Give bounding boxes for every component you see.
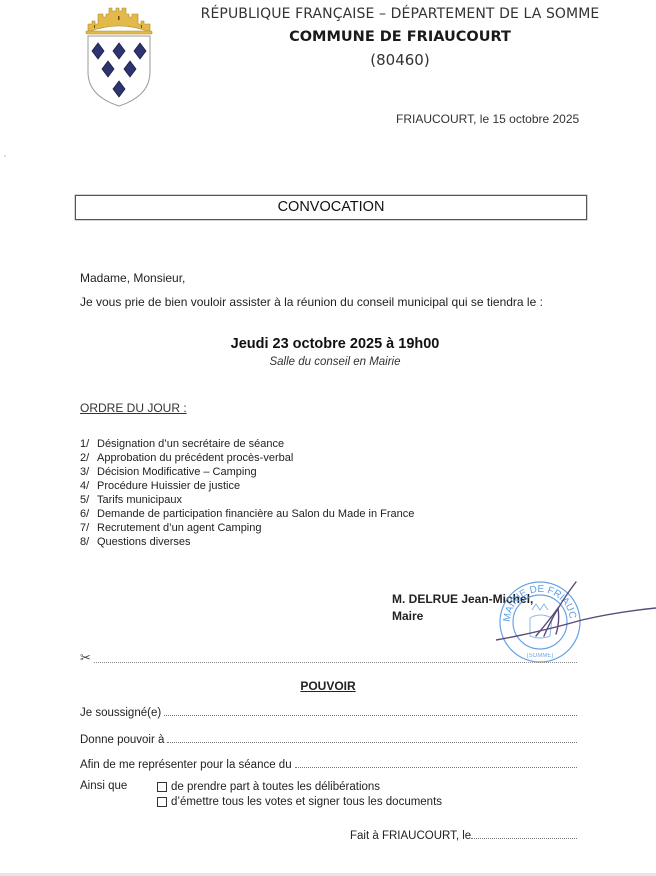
session-date-field: Afin de me représenter pour la séance du (80, 755, 577, 771)
dotted-separator (94, 662, 577, 663)
agenda-title: ORDRE DU JOUR : (80, 401, 187, 415)
agenda-item-label: Approbation du précédent procès-verbal (97, 452, 293, 464)
meeting-date: Jeudi 23 octobre 2025 à 19h00 (200, 336, 470, 352)
agenda-item-number: 2/ (80, 451, 97, 465)
session-date-input[interactable] (295, 767, 577, 768)
document-title: CONVOCATION (75, 195, 587, 220)
ainsi-que-label: Ainsi que (80, 780, 127, 792)
checkbox-votes-documents[interactable] (157, 797, 167, 807)
intro-text: Je vous prie de bien vouloir assister à … (80, 295, 543, 309)
agenda-item: 8/Questions diverses (80, 535, 414, 549)
meeting-place: Salle du conseil en Mairie (200, 356, 470, 368)
postal-code: (80460) (200, 51, 600, 69)
agenda-item-label: Procédure Huissier de justice (97, 480, 240, 492)
agenda-item: 1/Désignation d’un secrétaire de séance (80, 437, 414, 451)
agenda-item-label: Questions diverses (97, 536, 191, 548)
proxy-holder-input[interactable] (167, 742, 577, 743)
agenda-item-label: Décision Modificative – Camping (97, 466, 257, 478)
greeting: Madame, Monsieur, (80, 271, 185, 285)
coat-of-arms-icon (82, 2, 156, 108)
proxy-holder-field: Donne pouvoir à (80, 730, 577, 746)
signoff-line: Fait à FRIAUCOURT, le (350, 826, 577, 842)
proxy-form-title: POUVOIR (200, 679, 456, 693)
agenda-item-number: 6/ (80, 507, 97, 521)
signoff-date-input[interactable] (471, 838, 577, 839)
agenda-item-number: 4/ (80, 479, 97, 493)
agenda-list: 1/Désignation d’un secrétaire de séance … (80, 437, 414, 549)
agenda-item-label: Désignation d’un secrétaire de séance (97, 438, 284, 450)
agenda-item-number: 5/ (80, 493, 97, 507)
option-label: d’émettre tous les votes et signer tous … (171, 796, 442, 808)
agenda-item-number: 1/ (80, 437, 97, 451)
republic-department-heading: RÉPUBLIQUE FRANÇAISE – DÉPARTEMENT DE LA… (200, 6, 600, 22)
agenda-item: 3/Décision Modificative – Camping (80, 465, 414, 479)
agenda-item-label: Demande de participation financière au S… (97, 508, 414, 520)
checkbox-deliberations[interactable] (157, 782, 167, 792)
undersigned-field: Je soussigné(e) (80, 703, 577, 719)
agenda-item-number: 3/ (80, 465, 97, 479)
agenda-item-number: 8/ (80, 535, 97, 549)
field-label: Afin de me représenter pour la séance du (80, 759, 295, 771)
commune-name: COMMUNE DE FRIAUCOURT (200, 29, 600, 45)
agenda-item: 2/Approbation du précédent procès-verbal (80, 451, 414, 465)
field-label: Je soussigné(e) (80, 707, 164, 719)
agenda-item: 5/Tarifs municipaux (80, 493, 414, 507)
agenda-item-label: Tarifs municipaux (97, 494, 182, 506)
agenda-item-label: Recrutement d’un agent Camping (97, 522, 261, 534)
option-label: de prendre part à toutes les délibératio… (171, 781, 380, 793)
agenda-item: 4/Procédure Huissier de justice (80, 479, 414, 493)
agenda-item: 7/Recrutement d’un agent Camping (80, 521, 414, 535)
cut-line: ✂ (80, 652, 577, 666)
option-votes-documents[interactable]: d’émettre tous les votes et signer tous … (157, 796, 442, 808)
scan-artifact (4, 155, 6, 157)
signoff-label: Fait à FRIAUCOURT, le (350, 830, 471, 842)
signer-role: Maire (392, 609, 423, 623)
letter-date: FRIAUCOURT, le 15 octobre 2025 (396, 112, 579, 126)
field-label: Donne pouvoir à (80, 734, 167, 746)
scissors-icon: ✂ (80, 650, 91, 666)
option-deliberations[interactable]: de prendre part à toutes les délibératio… (157, 781, 380, 793)
agenda-item: 6/Demande de participation financière au… (80, 507, 414, 521)
undersigned-input[interactable] (164, 715, 577, 716)
agenda-item-number: 7/ (80, 521, 97, 535)
